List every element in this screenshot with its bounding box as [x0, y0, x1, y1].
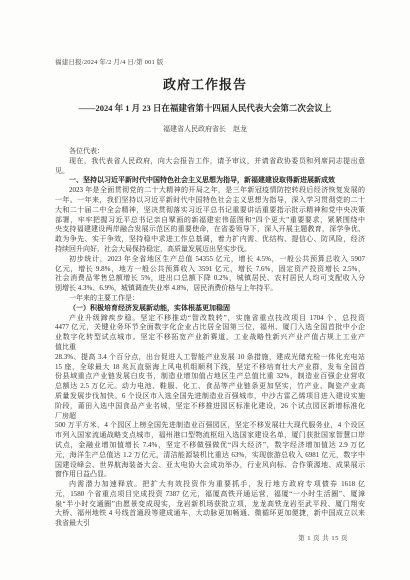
body-line: 产业升级蹄疾步稳。坚定不移推动“智改数转”，实施省重点技改项目 1704 个、总…: [55, 314, 365, 324]
body-line: 央支持福建建设两岸融合发展示范区的重要使命，在省委领导下，深入开展主题教育，深学…: [55, 225, 365, 235]
body-line: 值比重: [55, 343, 365, 353]
body-line: 总额达 2.5 万亿元。动力电池、鞋服、化工、食品等产业链条更加坚实，竹产业、陶…: [55, 382, 365, 392]
page-number: 第 1 页 共 15 页: [298, 533, 348, 542]
body-line: 业数字化转型试点城市。坚定不移拓宽产业新赛道，工业战略性新兴产业产值占规上工业产: [55, 333, 365, 343]
body-line: 初步统计，2023 年全省地区生产总值 54355 亿元，增长 4.5%，一般公…: [55, 255, 365, 265]
body-line: 元，1580 个省重点项目完成投资 7387 亿元，福厦高铁开通运营，福厦“一小…: [55, 490, 365, 500]
body-line: 现在，我代表省人民政府，向大会报告工作，请予审议，并请省政协委员和列席同志提出意: [55, 157, 365, 167]
body-line: 泉“半小时交通圈”由愿景变成现实，龙岩新机场获批立项，龙龙高铁龙岩至武平段、厦门…: [55, 500, 365, 510]
report-body: 各位代表：现在，我代表省人民政府，向大会报告工作，请予审议，并请省政协委员和列席…: [55, 147, 365, 529]
body-line: 各位代表：: [55, 147, 365, 157]
body-line: 社会消费品零售总额增长 5%，进出口总额下降 0.2%，城镇居民、农村居民人均可…: [55, 274, 365, 284]
body-line: 试点，金融业增加值增长 7.4%，坚定不移做强做优“四大经济”，数字经济增加值达…: [55, 441, 365, 451]
body-line: 元，海洋生产总值达 1.2 万亿元，清洁能源装机比重达 63%，实现旅游总收入 …: [55, 451, 365, 461]
masthead: 福建日报/2024 年/2 月/4 日/第 001 版: [55, 57, 164, 66]
body-line: 质量发展步伐加快。6 个设区市入选全国先进制造业百强城市，中沙古雷乙烯项目进入建…: [55, 392, 365, 402]
body-line: 大和二十届二中全会精神，坚决贯彻落实习近平总书记重要讲话重要指示批示精神和党中央…: [55, 206, 365, 216]
body-line: 4477 亿元，关键业务环节全面数字化企业占比居全国第三位，福州、厦门入选全国首…: [55, 323, 365, 333]
document-page: 福建日报/2024 年/2 月/4 日/第 001 版 政府工作报告 ——202…: [0, 0, 410, 580]
body-line: 部署，牢牢把握习近平总书记亲自擘画的新福建宏伟蓝图和“四个更大”重要要求，紧紧围…: [55, 216, 365, 226]
body-line: 阶段，莆田入选中国食品产业名城，坚定不移推进园区标准化建设，26 个试点园区新增…: [55, 402, 365, 412]
body-line: 别增长 4.3%、6.9%，城镇调查失业率 4.8%，居民消费价格与上年持平。: [55, 284, 365, 294]
body-line: 亿元，增长 9.8%，地方一般公共预算收入 3591 亿元，增长 7.6%，固定…: [55, 265, 365, 275]
byline: 福建省人民政府省长 赵龙: [0, 124, 410, 134]
body-line: 内需潜力加速释放。把扩大有效投资作为重要抓手，发行地方政府专项债券 1618 亿: [55, 480, 365, 490]
body-line: 持续回升向好，社会大局保持稳定，高质量发展迈出坚实步伐。: [55, 245, 365, 255]
body-line: 28.3%、提高 3.4 个百分点，出台促进人工智能产业发展 10 条措施，建成…: [55, 353, 365, 363]
body-line: 一年。一年来，我们坚持以习近平新时代中国特色社会主义思想为指导，深入学习贯彻党的…: [55, 196, 365, 206]
body-line: （一）积极培育经济发展新动能，实体根基更加稳固: [55, 304, 365, 314]
body-line: 500 万平方米，4 个园区上榜全国先进制造业百强园区，坚定不移发展壮大现代服务…: [55, 421, 365, 431]
body-line: 一年来的主要工作是：: [55, 294, 365, 304]
body-line: 份县域重点产业链发展白皮书，制造业增加值占地区生产总值比重 32%，制造业百强企…: [55, 372, 365, 382]
body-line: 市列入国家流通战略支点城市，福州港口型物流枢纽入选国家建设名单，厦门获批国家智慧…: [55, 431, 365, 441]
page-title: 政府工作报告: [0, 74, 410, 93]
body-line: 15 座，全球最大 18 兆瓦直驱海上风电机组顺利下线，坚定不移培育壮大产业群，…: [55, 363, 365, 373]
body-line: 国建设峰会、世界航海装备大会、亚太电协大会成功举办，行业风向标、合作策源地、成果…: [55, 461, 365, 471]
body-line: 大桥、福州地铁 4 号线首通段等建成通车，大动脉更加畅通、微循环更加便捷，新中国…: [55, 509, 365, 519]
body-line: 厂房超: [55, 412, 365, 422]
body-line: 敢为争先、实干争效，坚持稳中求进工作总基调，着力扩内需、优结构、提信心、防风险，…: [55, 235, 365, 245]
report-subtitle: ——2024 年 1 月 23 日在福建省第十四届人民代表大会第二次会议上: [0, 102, 410, 114]
body-line: 一、坚持以习近平新时代中国特色社会主义思想为指导，新福建建设取得新进展新成效: [55, 176, 365, 186]
body-line: 见。: [55, 167, 365, 177]
body-line: 窗作用日益凸显。: [55, 470, 365, 480]
body-line: 我省最大引: [55, 519, 365, 529]
body-line: 2023 年是全面贯彻党的二十大精神的开局之年，是三年新冠疫情防控转段后经济恢复…: [55, 186, 365, 196]
